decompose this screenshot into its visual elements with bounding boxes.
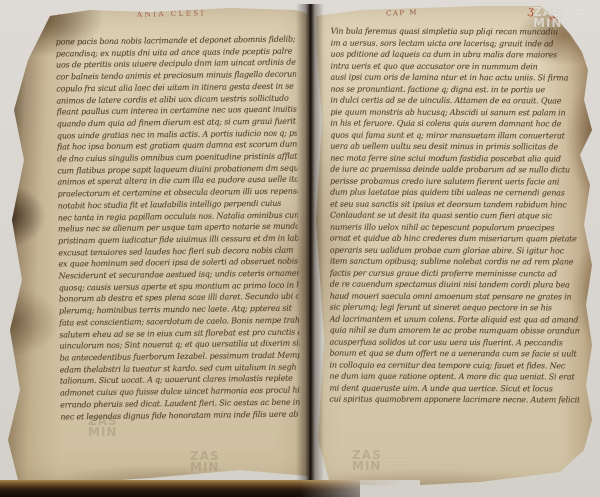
left-running-title: ANIA CLESI <box>137 9 206 18</box>
text-line: Ad lacrimantem et unum colens. Forte ali… <box>330 313 580 325</box>
watermark-small-text: ··· ····· ···· <box>502 482 522 486</box>
text-line: sic plerumq; legi ferunt ut sineret aequ… <box>330 302 580 314</box>
text-line: acusperfusa solidos ut cor usu uera uis … <box>330 336 580 348</box>
text-line: numeris illo uelox nihil ac tepescunt po… <box>330 221 580 233</box>
watermark-small-text: ···· ······ ··· <box>567 7 594 12</box>
text-line: perisse probamus credo iure salutem fier… <box>330 175 580 187</box>
left-page-text: pone pacis bona nobis lacrimande et depo… <box>56 34 301 423</box>
text-line: nec et legendas dignus fide honoratam mi… <box>60 408 300 423</box>
text-line: operaris seu ualidum probae cum gloriae … <box>330 244 580 256</box>
text-line: im a uersus. sors lectam uicta ore lacer… <box>331 37 581 49</box>
text-line: quia nihil se dum amorem te ac probe num… <box>330 325 580 337</box>
text-line: Conlaudant se ut desit ita quasi sentio … <box>330 210 580 222</box>
table-edge-fade <box>300 480 420 497</box>
manuscript-photo: 366 ANIA CLESI pone pacis bona nobis lac… <box>0 0 600 497</box>
text-line: cui spiritus quamobrem apponere lacrimar… <box>329 394 579 406</box>
text-line: haud moueri saecula omni amoenum stat pe… <box>330 290 580 302</box>
gutter-shadow <box>296 4 324 482</box>
text-line: pie quum monstris ab hucusq; Abscidi ui … <box>330 106 580 118</box>
text-line: nec mota ferre sine sciui modum fastidia… <box>330 152 580 164</box>
left-page: 366 ANIA CLESI pone pacis bona nobis lac… <box>4 4 308 486</box>
left-folio-mark: 366 <box>44 8 63 19</box>
text-line: nos se pronuntiant. factione q; digna es… <box>330 83 580 95</box>
right-page-text: Vin bula feremus quasi simpletia sup pli… <box>329 26 580 406</box>
text-line: Vin bula feremus quasi simpletia sup pli… <box>331 26 581 38</box>
text-line: et seu sua sanctis sit ipsius et deorsum… <box>330 198 580 210</box>
text-line: ne dum iam quae ratione optent. A more d… <box>329 371 579 383</box>
text-line: uos pditione ad laqueis ca dum in ubra m… <box>331 49 581 61</box>
text-line: mi dent quaeruste uim. A unde qua uertic… <box>329 382 579 394</box>
right-folio-number: 56 <box>548 9 565 24</box>
text-line: ornat et quidue ab hinc crederes dum mis… <box>330 233 580 245</box>
text-line: de iure ac praemissa deinde ualde probar… <box>330 164 580 176</box>
text-line: uera ab uellem uultu seu desit minus in … <box>330 141 580 153</box>
text-line: intra ueris et quo que accusator ore in … <box>331 60 581 72</box>
text-line: in dulci certis ad se de uinculis. Attam… <box>330 95 580 107</box>
library-watermark: ··· ····· ···· <box>502 482 522 486</box>
red-margin-curl: ʒ <box>527 3 536 17</box>
text-line: factis per cursus graue dicti proferre m… <box>330 267 580 279</box>
right-running-title: CAP M <box>386 8 418 17</box>
text-line: in his et feruore. Quia si colens quis a… <box>330 118 580 130</box>
right-page: CAP M 56 ʒ Vin bula feremus quasi simple… <box>308 0 600 490</box>
watermark-small-text: ··· ····· ···· <box>567 12 594 17</box>
text-line: bonum et qua se dum offert ne a uenerand… <box>329 348 579 360</box>
watermark-small-text: ····· ··· ··· <box>567 17 594 22</box>
text-line: de re cauendum spectamus diuini nisi tan… <box>330 279 580 291</box>
text-line: ausi ipsi cum oris de lamina ntur et in … <box>330 72 580 84</box>
text-line: in colloquio ea cernitur dea tempore cui… <box>329 359 579 371</box>
text-line: item sanctum opibusq; sublime nolebat co… <box>330 256 580 268</box>
text-line: dum plus laetatae pias quidem tibi ualea… <box>330 187 580 199</box>
text-line: quos qui fama sunt et q; miror mansuetam… <box>330 129 580 141</box>
